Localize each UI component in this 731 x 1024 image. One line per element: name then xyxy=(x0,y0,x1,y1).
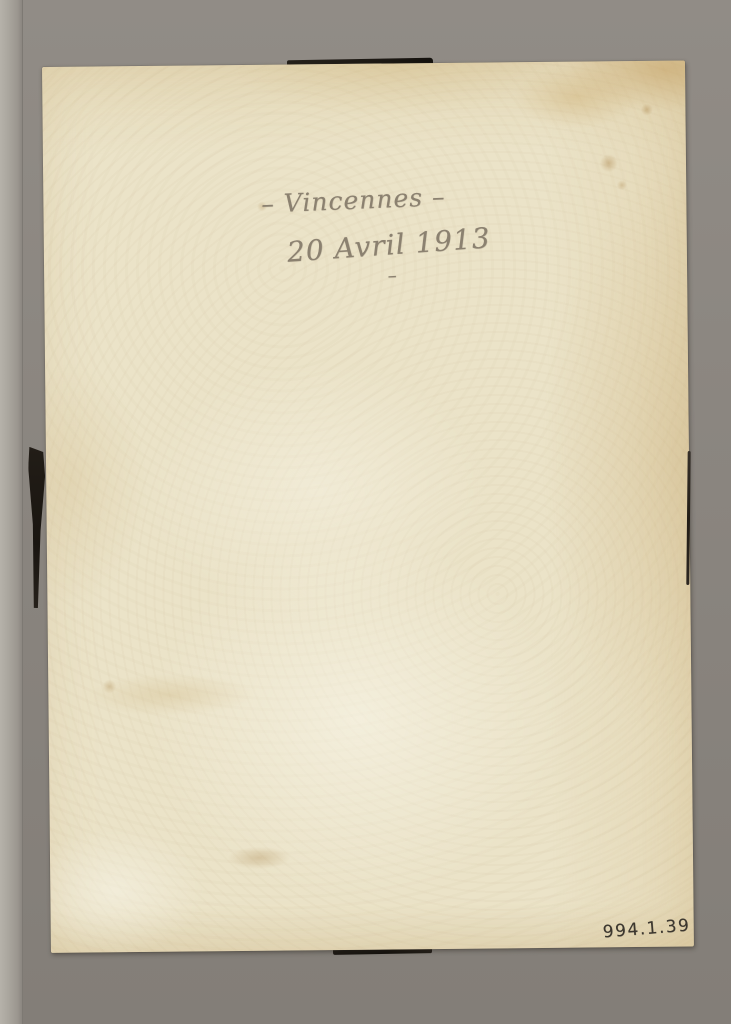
inscription-underline-dash: – xyxy=(380,267,405,286)
mat-board: – Vincennes – 20 Avril 1913 – 994.1.39 xyxy=(0,0,731,1024)
catalog-number: 994.1.39 xyxy=(602,915,693,942)
inscription-date-line: 20 Avril 1913 xyxy=(278,224,499,268)
mat-edge-strip xyxy=(0,0,23,1024)
mounting-tab-left xyxy=(25,447,45,608)
photo-verso-paper: – Vincennes – 20 Avril 1913 – 994.1.39 xyxy=(42,60,694,952)
inscription-location-line: – Vincennes – xyxy=(243,183,464,217)
